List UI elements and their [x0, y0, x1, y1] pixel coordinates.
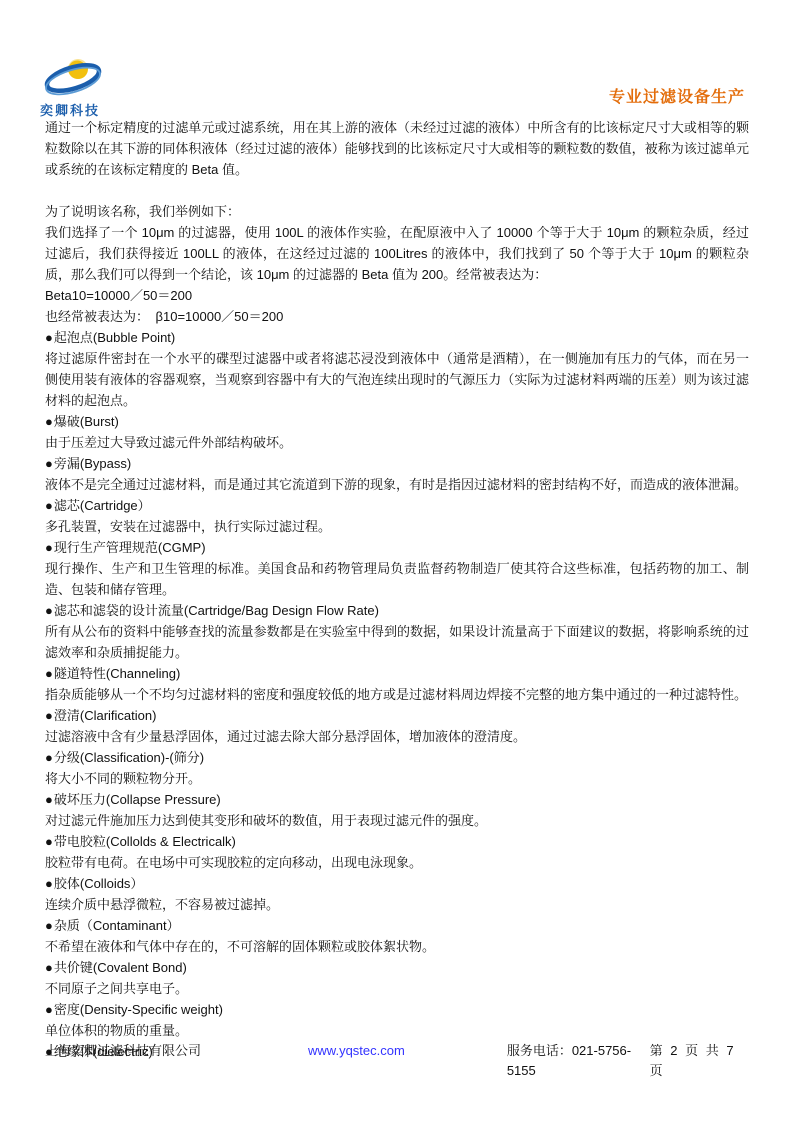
term-name: 胶体(Colloids）: [54, 876, 144, 891]
term-definition: 指杂质能够从一个不均匀过滤材料的密度和强度较低的地方或是过滤材料周边焊接不完整的…: [45, 684, 749, 705]
term-name: 破坏压力(Collapse Pressure): [54, 792, 221, 807]
term-heading: ●滤芯和滤袋的设计流量(Cartridge/Bag Design Flow Ra…: [45, 600, 749, 621]
terms-glossary: ●起泡点(Bubble Point) 将过滤原件密封在一个水平的碟型过滤器中或者…: [45, 327, 749, 1062]
term-definition: 胶粒带有电荷。在电场中可实现胶粒的定向移动，出现电泳现象。: [45, 852, 749, 873]
term-entry: ●带电胶粒(Collolds & Electricalk) 胶粒带有电荷。在电场…: [45, 831, 749, 873]
term-entry: ●滤芯(Cartridge） 多孔装置，安装在过滤器中，执行实际过滤过程。: [45, 495, 749, 537]
company-logo: 奕卿科技: [40, 55, 130, 119]
term-heading: ●现行生产管理规范(CGMP): [45, 537, 749, 558]
bullet-icon: ●: [45, 708, 53, 723]
term-definition: 多孔装置，安装在过滤器中，执行实际过滤过程。: [45, 516, 749, 537]
term-entry: ●密度(Density-Specific weight) 单位体积的物质的重量。: [45, 999, 749, 1041]
term-entry: ●胶体(Colloids） 连续介质中悬浮微粒，不容易被过滤掉。: [45, 873, 749, 915]
term-name: 滤芯和滤袋的设计流量(Cartridge/Bag Design Flow Rat…: [54, 603, 379, 618]
bullet-icon: ●: [45, 540, 53, 555]
term-definition: 不希望在液体和气体中存在的，不可溶解的固体颗粒或胶体絮状物。: [45, 936, 749, 957]
term-entry: ●起泡点(Bubble Point) 将过滤原件密封在一个水平的碟型过滤器中或者…: [45, 327, 749, 411]
term-heading: ●起泡点(Bubble Point): [45, 327, 749, 348]
term-definition: 所有从公布的资料中能够查找的流量参数都是在实验室中得到的数据，如果设计流量高于下…: [45, 621, 749, 663]
term-definition: 过滤溶液中含有少量悬浮固体，通过过滤去除大部分悬浮固体，增加液体的澄清度。: [45, 726, 749, 747]
formula-line-2: 也经常被表达为： β10=10000／50＝200: [45, 306, 749, 327]
page-footer: 上海奕卿过滤科技有限公司 www.yqstec.com 服务电话：021-575…: [45, 1041, 749, 1081]
footer-company: 上海奕卿过滤科技有限公司: [45, 1041, 201, 1061]
term-name: 带电胶粒(Collolds & Electricalk): [54, 834, 236, 849]
term-entry: ●澄清(Clarification) 过滤溶液中含有少量悬浮固体，通过过滤去除大…: [45, 705, 749, 747]
footer-page-number: 第 2 页 共 7 页: [650, 1041, 749, 1081]
term-heading: ●密度(Density-Specific weight): [45, 999, 749, 1020]
bullet-icon: ●: [45, 414, 53, 429]
document-page: 奕卿科技 专业过滤设备生产 通过一个标定精度的过滤单元或过滤系统，用在其上游的液…: [0, 0, 793, 1122]
bullet-icon: ●: [45, 330, 53, 345]
bullet-icon: ●: [45, 498, 53, 513]
term-heading: ●共价键(Covalent Bond): [45, 957, 749, 978]
bullet-icon: ●: [45, 918, 53, 933]
example-body: 我们选择了一个 10μm 的过滤器，使用 100L 的液体作实验，在配原液中入了…: [45, 222, 749, 285]
example-intro: 为了说明该名称，我们举例如下：: [45, 201, 749, 222]
bullet-icon: ●: [45, 876, 53, 891]
term-definition: 将大小不同的颗粒物分开。: [45, 768, 749, 789]
term-name: 密度(Density-Specific weight): [54, 1002, 223, 1017]
term-entry: ●爆破(Burst) 由于压差过大导致过滤元件外部结构破坏。: [45, 411, 749, 453]
term-entry: ●共价键(Covalent Bond) 不同原子之间共享电子。: [45, 957, 749, 999]
term-heading: ●胶体(Colloids）: [45, 873, 749, 894]
term-name: 现行生产管理规范(CGMP): [54, 540, 206, 555]
term-definition: 将过滤原件密封在一个水平的碟型过滤器中或者将滤芯浸没到液体中（通常是酒精），在一…: [45, 348, 749, 411]
term-name: 隧道特性(Channeling): [54, 666, 180, 681]
term-heading: ●滤芯(Cartridge）: [45, 495, 749, 516]
term-name: 起泡点(Bubble Point): [54, 330, 175, 345]
term-heading: ●澄清(Clarification): [45, 705, 749, 726]
term-entry: ●破坏压力(Collapse Pressure) 对过滤元件施加压力达到使其变形…: [45, 789, 749, 831]
term-definition: 对过滤元件施加压力达到使其变形和破坏的数值，用于表现过滤元件的强度。: [45, 810, 749, 831]
globe-logo-icon: [40, 55, 106, 99]
term-name: 杂质（Contaminant）: [54, 918, 180, 933]
term-entry: ●滤芯和滤袋的设计流量(Cartridge/Bag Design Flow Ra…: [45, 600, 749, 663]
term-entry: ●杂质（Contaminant） 不希望在液体和气体中存在的，不可溶解的固体颗粒…: [45, 915, 749, 957]
bullet-icon: ●: [45, 834, 53, 849]
bullet-icon: ●: [45, 750, 53, 765]
term-definition: 不同原子之间共享电子。: [45, 978, 749, 999]
bullet-icon: ●: [45, 666, 53, 681]
term-entry: ●现行生产管理规范(CGMP) 现行操作、生产和卫生管理的标准。美国食品和药物管…: [45, 537, 749, 600]
blank-line: [45, 180, 749, 201]
term-heading: ●分级(Classification)-(筛分): [45, 747, 749, 768]
term-name: 爆破(Burst): [54, 414, 119, 429]
term-heading: ●隧道特性(Channeling): [45, 663, 749, 684]
intro-paragraph: 通过一个标定精度的过滤单元或过滤系统，用在其上游的液体（未经过过滤的液体）中所含…: [45, 117, 749, 180]
term-name: 分级(Classification)-(筛分): [54, 750, 204, 765]
bullet-icon: ●: [45, 792, 53, 807]
term-name: 共价键(Covalent Bond): [54, 960, 187, 975]
bullet-icon: ●: [45, 1002, 53, 1017]
term-name: 滤芯(Cartridge）: [54, 498, 151, 513]
term-definition: 单位体积的物质的重量。: [45, 1020, 749, 1041]
term-definition: 由于压差过大导致过滤元件外部结构破坏。: [45, 432, 749, 453]
term-heading: ●爆破(Burst): [45, 411, 749, 432]
term-heading: ●带电胶粒(Collolds & Electricalk): [45, 831, 749, 852]
term-entry: ●分级(Classification)-(筛分) 将大小不同的颗粒物分开。: [45, 747, 749, 789]
term-name: 澄清(Clarification): [54, 708, 157, 723]
term-definition: 液体不是完全通过过滤材料，而是通过其它流道到下游的现象，有时是指因过滤材料的密封…: [45, 474, 749, 495]
footer-website-link[interactable]: www.yqstec.com: [308, 1041, 405, 1061]
formula-line-1: Beta10=10000／50＝200: [45, 285, 749, 306]
term-heading: ●旁漏(Bypass): [45, 453, 749, 474]
page-header: 奕卿科技 专业过滤设备生产: [0, 0, 793, 116]
term-heading: ●破坏压力(Collapse Pressure): [45, 789, 749, 810]
term-entry: ●隧道特性(Channeling) 指杂质能够从一个不均匀过滤材料的密度和强度较…: [45, 663, 749, 705]
term-definition: 现行操作、生产和卫生管理的标准。美国食品和药物管理局负责监督药物制造厂使其符合这…: [45, 558, 749, 600]
term-heading: ●杂质（Contaminant）: [45, 915, 749, 936]
bullet-icon: ●: [45, 603, 53, 618]
footer-phone: 服务电话：021-5756-5155: [507, 1041, 650, 1081]
term-entry: ●旁漏(Bypass) 液体不是完全通过过滤材料，而是通过其它流道到下游的现象，…: [45, 453, 749, 495]
header-tagline: 专业过滤设备生产: [609, 84, 745, 107]
term-definition: 连续介质中悬浮微粒，不容易被过滤掉。: [45, 894, 749, 915]
document-body: 通过一个标定精度的过滤单元或过滤系统，用在其上游的液体（未经过过滤的液体）中所含…: [45, 117, 749, 1062]
term-name: 旁漏(Bypass): [54, 456, 131, 471]
bullet-icon: ●: [45, 456, 53, 471]
bullet-icon: ●: [45, 960, 53, 975]
